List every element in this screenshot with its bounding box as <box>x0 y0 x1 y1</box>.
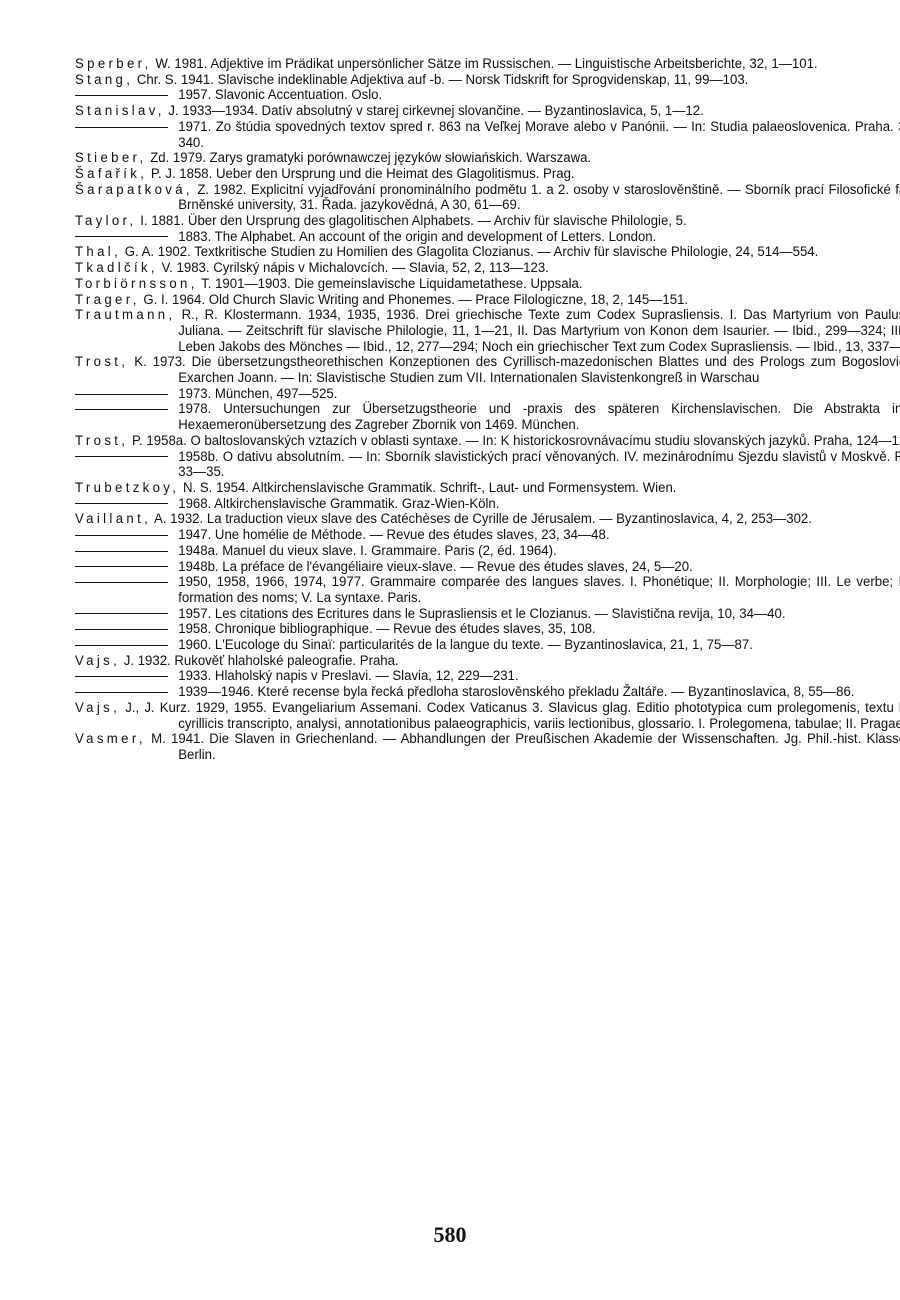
bibliography-entry: Vaillant, A. 1932. La traduction vieux s… <box>75 512 900 528</box>
entry-author: Vajs, <box>75 653 120 669</box>
entry-author: Taylor, <box>75 213 137 229</box>
bibliography-entry: 1968. Altkirchenslavische Grammatik. Gra… <box>75 497 900 513</box>
entry-citation: 1948b. La préface de l'évangéliaire vieu… <box>178 559 692 575</box>
entry-citation: A. 1932. La traduction vieux slave des C… <box>151 511 812 527</box>
bibliography-entry: 1957. Les citations des Ecritures dans l… <box>75 607 900 623</box>
bibliography-entry: Sperber, W. 1981. Adjektive im Prädikat … <box>75 57 900 73</box>
entry-author: Vajs, <box>75 700 120 716</box>
entry-author: Trubetzkoy, <box>75 480 179 496</box>
same-author-dash <box>75 236 168 237</box>
same-author-dash <box>75 613 168 614</box>
entry-citation: 1939—1946. Které recense byla řecká před… <box>178 684 854 700</box>
entry-citation: J. 1933—1934. Datív absolutný v starej c… <box>165 103 704 119</box>
same-author-dash <box>75 95 168 96</box>
entry-citation: K. 1973. Die übersetzungstheorethischen … <box>128 354 900 386</box>
bibliography-entry: 1948a. Manuel du vieux slave. I. Grammai… <box>75 544 900 560</box>
entry-author: Stanislav, <box>75 103 165 119</box>
entry-citation: Z. 1982. Explicitní vyjadřování pronomin… <box>178 182 900 214</box>
entry-citation: G. I. 1964. Old Church Slavic Writing an… <box>140 292 688 308</box>
bibliography-entry: 1950, 1958, 1966, 1974, 1977. Grammaire … <box>75 575 900 606</box>
bibliography-entry: Stang, Chr. S. 1941. Slavische indeklina… <box>75 73 900 89</box>
same-author-dash <box>75 676 168 677</box>
bibliography-entry: Šarapatková, Z. 1982. Explicitní vyjadřo… <box>75 183 900 214</box>
bibliography-entry: 1957. Slavonic Accentuation. Oslo. <box>75 88 900 104</box>
entry-citation: 1968. Altkirchenslavische Grammatik. Gra… <box>178 496 499 512</box>
bibliography-entry: Stieber, Zd. 1979. Zarys gramatyki porów… <box>75 151 900 167</box>
entry-citation: P. J. 1858. Ueber den Ursprung und die H… <box>147 166 574 182</box>
bibliography-entry: Trubetzkoy, N. S. 1954. Altkirchenslavis… <box>75 481 900 497</box>
entry-citation: G. A. 1902. Textkritische Studien zu Hom… <box>121 244 818 260</box>
bibliography-entry: Taylor, I. 1881. Über den Ursprung des g… <box>75 214 900 230</box>
entry-citation: N. S. 1954. Altkirchenslavische Grammati… <box>179 480 676 496</box>
bibliography-entry: Vajs, J., J. Kurz. 1929, 1955. Evangelia… <box>75 701 900 732</box>
same-author-dash <box>75 692 168 693</box>
entry-citation: 1978. Untersuchungen zur Übersetzugstheo… <box>178 401 900 433</box>
bibliography-list: Sperber, W. 1981. Adjektive im Prädikat … <box>75 57 830 764</box>
entry-citation: 1971. Zo štúdia spovedných textov spred … <box>178 119 900 151</box>
same-author-dash <box>75 645 168 646</box>
entry-citation: 1960. L'Eucologe du Sinaï: particularité… <box>178 637 753 653</box>
entry-author: Thal, <box>75 244 121 260</box>
bibliography-entry: 1960. L'Eucologe du Sinaï: particularité… <box>75 638 900 654</box>
entry-author: Trager, <box>75 292 140 308</box>
bibliography-entry: 1973. München, 497—525. <box>75 387 900 403</box>
entry-author: Stang, <box>75 72 133 88</box>
bibliography-entry: 1948b. La préface de l'évangéliaire vieu… <box>75 560 900 576</box>
entry-citation: 1883. The Alphabet. An account of the or… <box>178 229 656 245</box>
same-author-dash <box>75 535 168 536</box>
entry-citation: Zd. 1979. Zarys gramatyki porównawczej j… <box>147 150 592 166</box>
bibliography-entry: 1971. Zo štúdia spovedných textov spred … <box>75 120 900 151</box>
entry-citation: 1947. Une homélie de Méthode. — Revue de… <box>178 527 609 543</box>
bibliography-entry: Trautmann, R., R. Klostermann. 1934, 193… <box>75 308 900 355</box>
entry-author: Vaillant, <box>75 511 151 527</box>
bibliography-entry: 1939—1946. Které recense byla řecká před… <box>75 685 900 701</box>
entry-citation: Chr. S. 1941. Slavische indeklinable Adj… <box>133 72 748 88</box>
entry-citation: W. 1981. Adjektive im Prädikat unpersönl… <box>152 56 818 72</box>
same-author-dash <box>75 503 168 504</box>
entry-author: Tkadlčík, <box>75 260 158 276</box>
entry-citation: J., J. Kurz. 1929, 1955. Evangeliarium A… <box>120 700 900 732</box>
bibliography-entry: Vasmer, M. 1941. Die Slaven in Griechenl… <box>75 732 900 763</box>
same-author-dash <box>75 127 168 128</box>
entry-citation: R., R. Klostermann. 1934, 1935, 1936. Dr… <box>175 307 900 354</box>
bibliography-entry: 1978. Untersuchungen zur Übersetzugstheo… <box>75 402 900 433</box>
entry-citation: I. 1881. Über den Ursprung des glagoliti… <box>137 213 687 229</box>
entry-citation: P. 1958a. O baltoslovanských vztazích v … <box>128 433 900 449</box>
same-author-dash <box>75 394 168 395</box>
entry-citation: 1958. Chronique bibliographique. — Revue… <box>178 621 595 637</box>
bibliography-entry: 1958b. O dativu absolutním. — In: Sborní… <box>75 450 900 481</box>
entry-citation: 1933. Hlaholský napis v Preslavi. — Slav… <box>178 668 518 684</box>
page-number: 580 <box>0 1222 900 1248</box>
bibliography-entry: Trager, G. I. 1964. Old Church Slavic Wr… <box>75 293 900 309</box>
entry-author: Šarapatková, <box>75 182 193 198</box>
bibliography-entry: Thal, G. A. 1902. Textkritische Studien … <box>75 245 900 261</box>
bibliography-entry: Šafařík, P. J. 1858. Ueber den Ursprung … <box>75 167 900 183</box>
entry-author: Trautmann, <box>75 307 175 323</box>
bibliography-entry: Stanislav, J. 1933—1934. Datív absolutný… <box>75 104 900 120</box>
same-author-dash <box>75 566 168 567</box>
entry-author: Šafařík, <box>75 166 147 182</box>
entry-citation: 1973. München, 497—525. <box>178 386 337 402</box>
entry-author: Vasmer, <box>75 731 146 747</box>
entry-citation: T. 1901—1903. Die gemeinslavische Liquid… <box>198 276 583 292</box>
same-author-dash <box>75 582 168 583</box>
entry-author: Trost, <box>75 354 128 370</box>
entry-citation: 1948a. Manuel du vieux slave. I. Grammai… <box>178 543 556 559</box>
bibliography-entry: Torbiörnsson, T. 1901—1903. Die gemeinsl… <box>75 277 900 293</box>
entry-citation: M. 1941. Die Slaven in Griechenland. — A… <box>146 731 900 763</box>
entry-citation: 1958b. O dativu absolutním. — In: Sborní… <box>178 449 900 481</box>
entry-author: Trost, <box>75 433 128 449</box>
bibliography-entry: Tkadlčík, V. 1983. Cyrilský nápis v Mich… <box>75 261 900 277</box>
same-author-dash <box>75 456 168 457</box>
same-author-dash <box>75 551 168 552</box>
entry-author: Torbiörnsson, <box>75 276 198 292</box>
bibliography-entry: Trost, K. 1973. Die übersetzungstheoreth… <box>75 355 900 386</box>
entry-author: Sperber, <box>75 56 152 72</box>
bibliography-entry: 1947. Une homélie de Méthode. — Revue de… <box>75 528 900 544</box>
entry-citation: 1957. Les citations des Ecritures dans l… <box>178 606 785 622</box>
bibliography-entry: Vajs, J. 1932. Rukověť hlaholské paleogr… <box>75 654 900 670</box>
entry-citation: V. 1983. Cyrilský nápis v Michalovcích. … <box>158 260 549 276</box>
bibliography-entry: 1958. Chronique bibliographique. — Revue… <box>75 622 900 638</box>
bibliography-entry: 1933. Hlaholský napis v Preslavi. — Slav… <box>75 669 900 685</box>
entry-citation: J. 1932. Rukověť hlaholské paleografie. … <box>120 653 399 669</box>
same-author-dash <box>75 409 168 410</box>
entry-author: Stieber, <box>75 150 147 166</box>
entry-citation: 1957. Slavonic Accentuation. Oslo. <box>178 87 382 103</box>
bibliography-entry: Trost, P. 1958a. O baltoslovanských vzta… <box>75 434 900 450</box>
entry-citation: 1950, 1958, 1966, 1974, 1977. Grammaire … <box>178 574 900 606</box>
same-author-dash <box>75 629 168 630</box>
bibliography-entry: 1883. The Alphabet. An account of the or… <box>75 230 900 246</box>
